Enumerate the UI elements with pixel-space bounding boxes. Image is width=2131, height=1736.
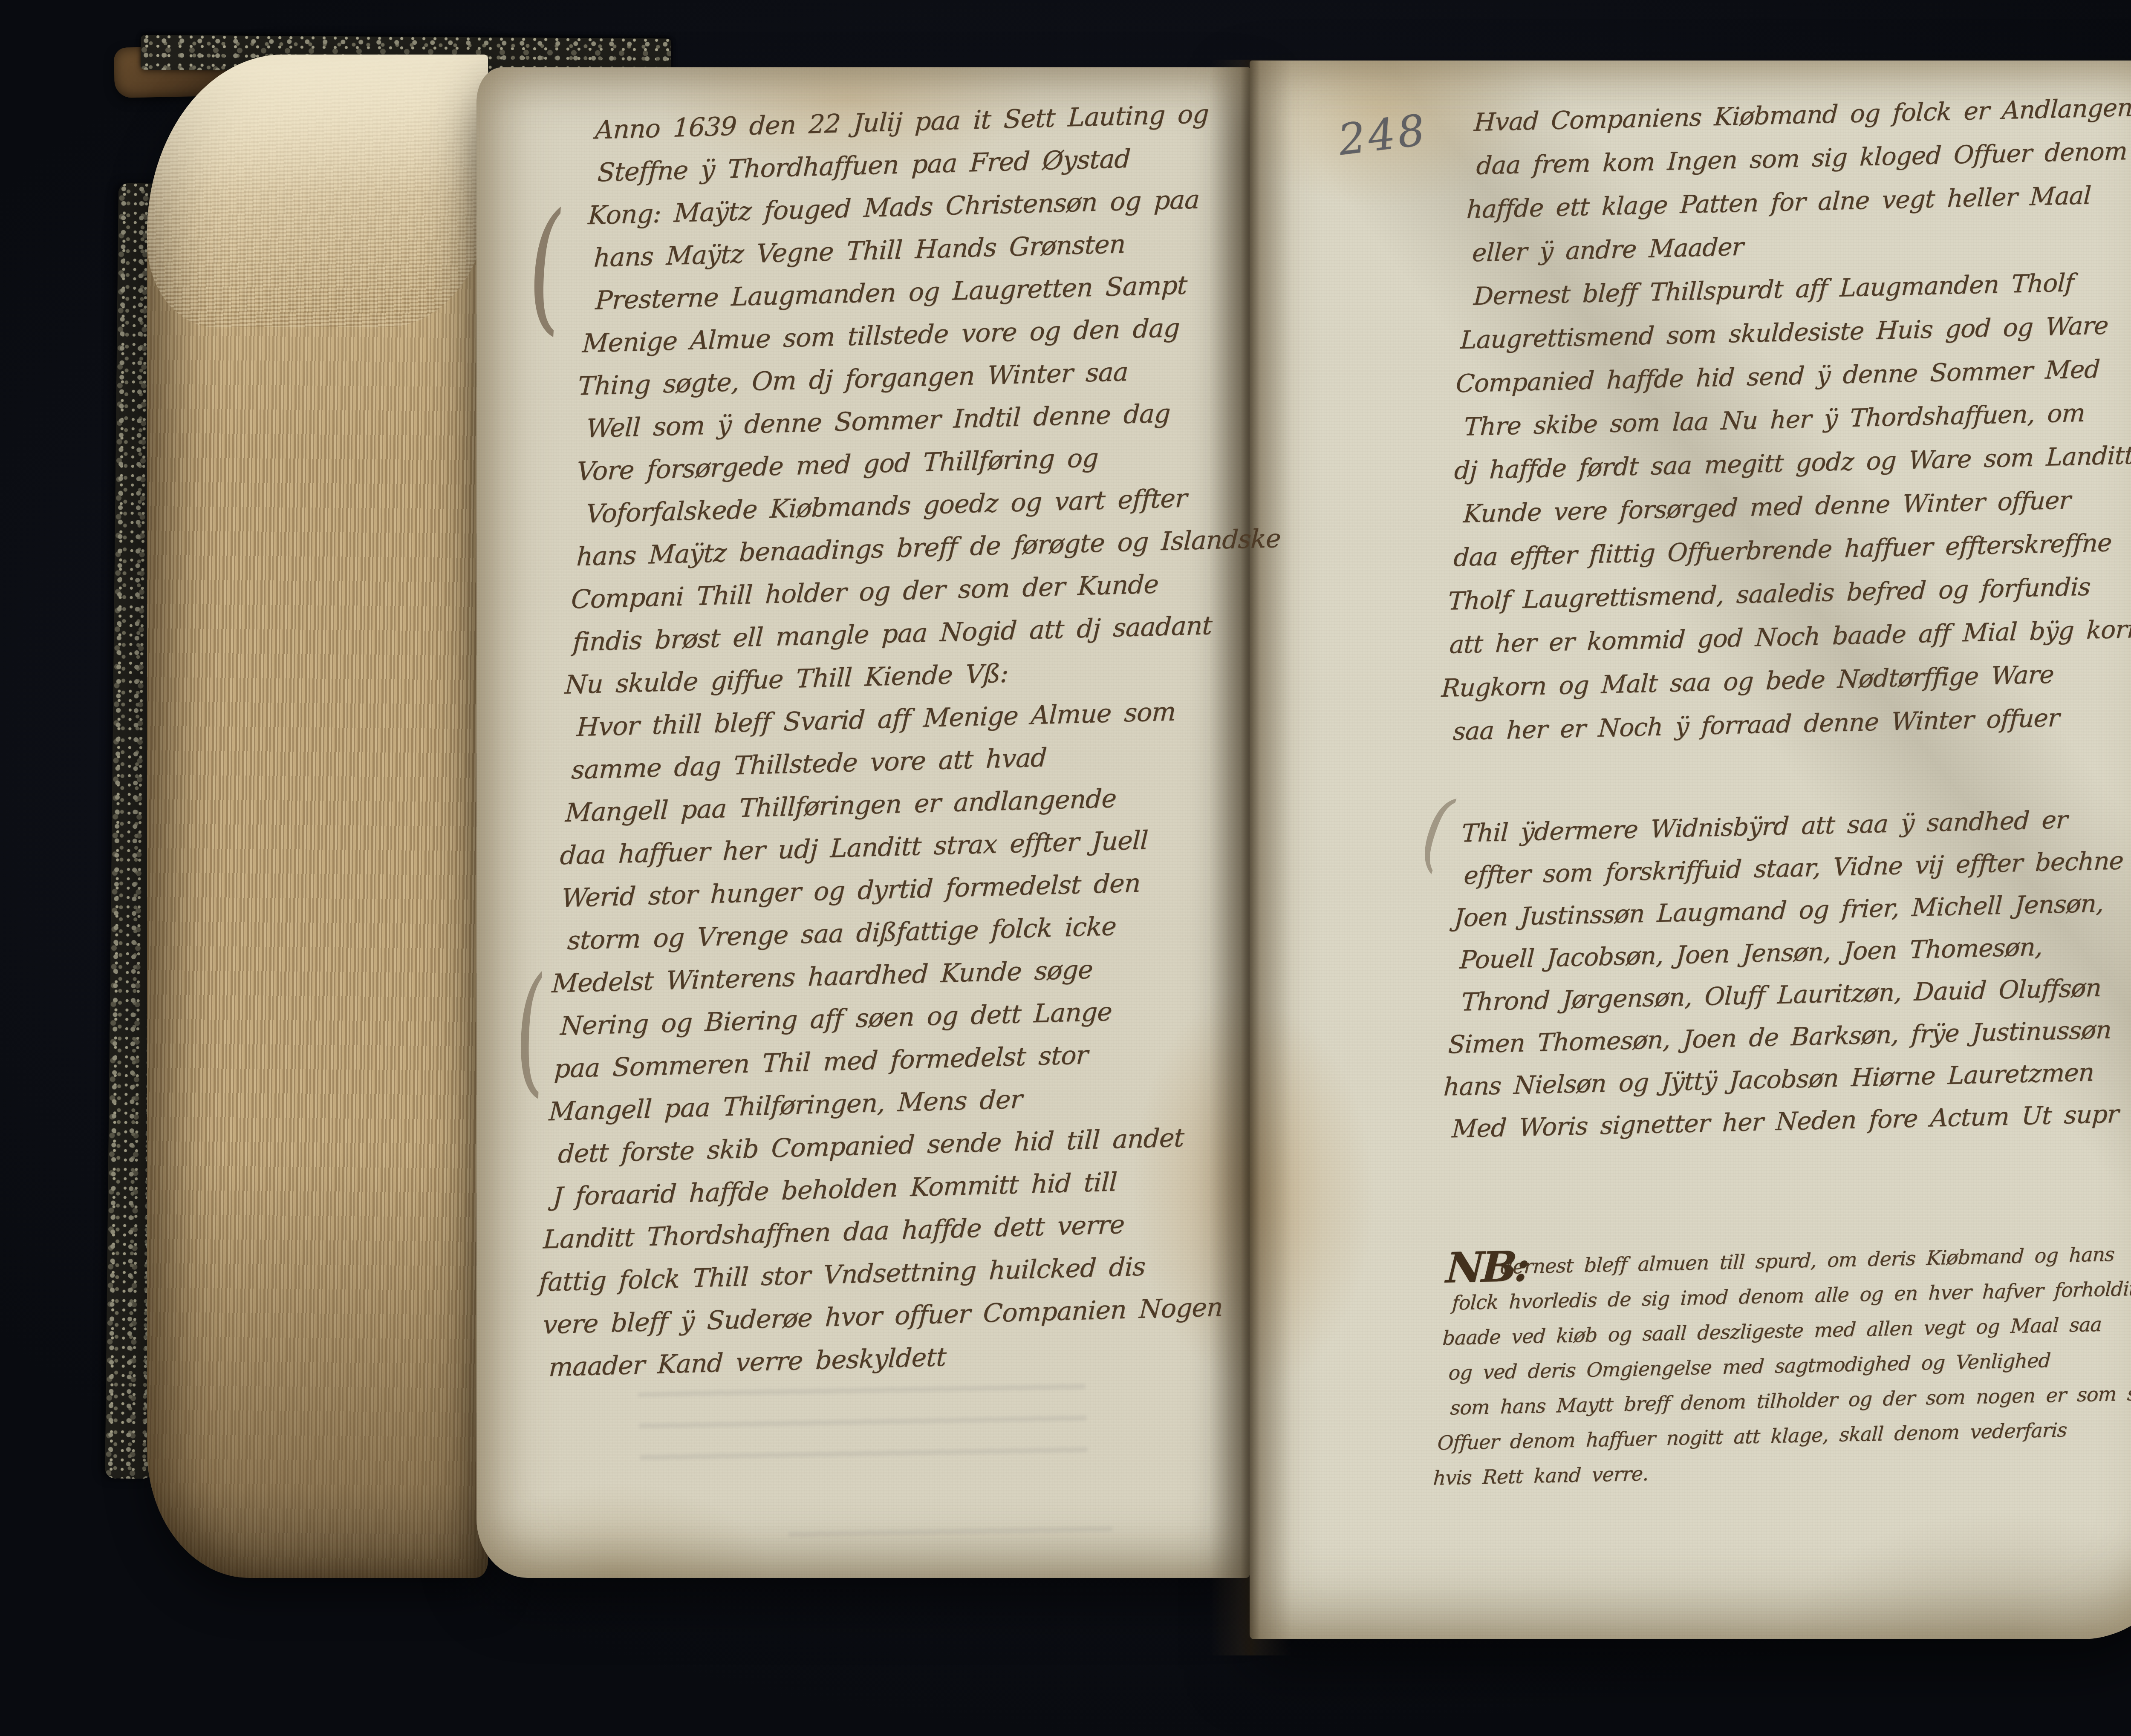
right-page-nb-note-block: NB: dernest bleff almuen till spurd, om … (1438, 1240, 2131, 1502)
ink-bleed-ghost (638, 1377, 1088, 1487)
left-page-text-block: Anno 1639 den 22 Julij paa it Sett Lauti… (540, 98, 1269, 1396)
left-leaf-stack-fore-edge (147, 55, 488, 1578)
photo-open-manuscript-book: 248 ( ( ( Anno 1639 den 22 Julij paa it … (0, 0, 2131, 1736)
nb-initial: NB: (1445, 1242, 1528, 1293)
right-page-witness-text-block: Thil ÿdermere Widnisbÿrd att saa ÿ sandh… (1447, 802, 2131, 1156)
right-page-report-text-block: Hvad Companiens Kiøbmand og folck er And… (1444, 91, 2131, 761)
